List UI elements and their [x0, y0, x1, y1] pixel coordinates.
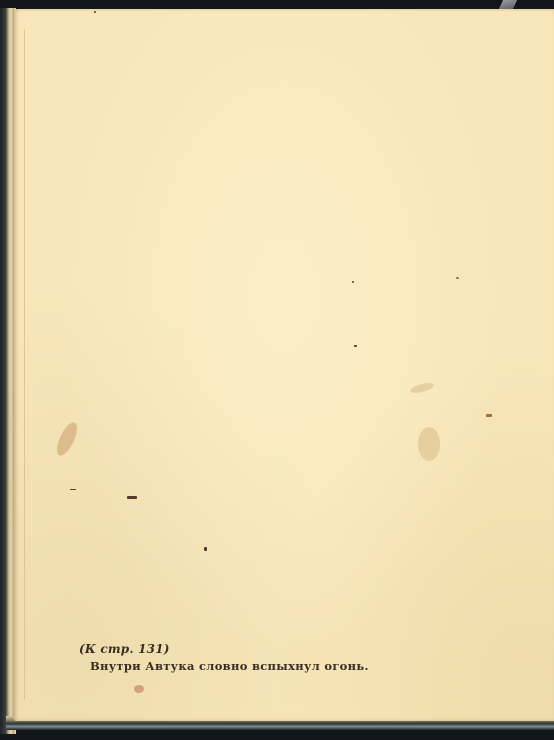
- speck: [352, 281, 354, 283]
- caption-text: Внутри Автука словно вспыхнул огонь.: [90, 659, 369, 673]
- speck: [456, 277, 459, 279]
- speck: [70, 489, 76, 490]
- speck: [486, 414, 492, 417]
- speck: [204, 547, 207, 551]
- page-reference: (К стр. 131): [79, 642, 369, 656]
- stain-bottom: [134, 685, 144, 693]
- stain-smear: [409, 381, 434, 395]
- speck: [127, 496, 137, 499]
- gutter-line: [24, 29, 25, 699]
- illustration-caption: (К стр. 131) Внутри Автука словно вспыхн…: [79, 642, 369, 673]
- speck: [354, 345, 357, 347]
- speck: [94, 11, 96, 13]
- scanned-page: (К стр. 131) Внутри Автука словно вспыхн…: [0, 0, 554, 740]
- stain-left: [53, 420, 81, 459]
- stain-right: [418, 427, 440, 461]
- paper-page: (К стр. 131) Внутри Автука словно вспыхн…: [14, 9, 554, 721]
